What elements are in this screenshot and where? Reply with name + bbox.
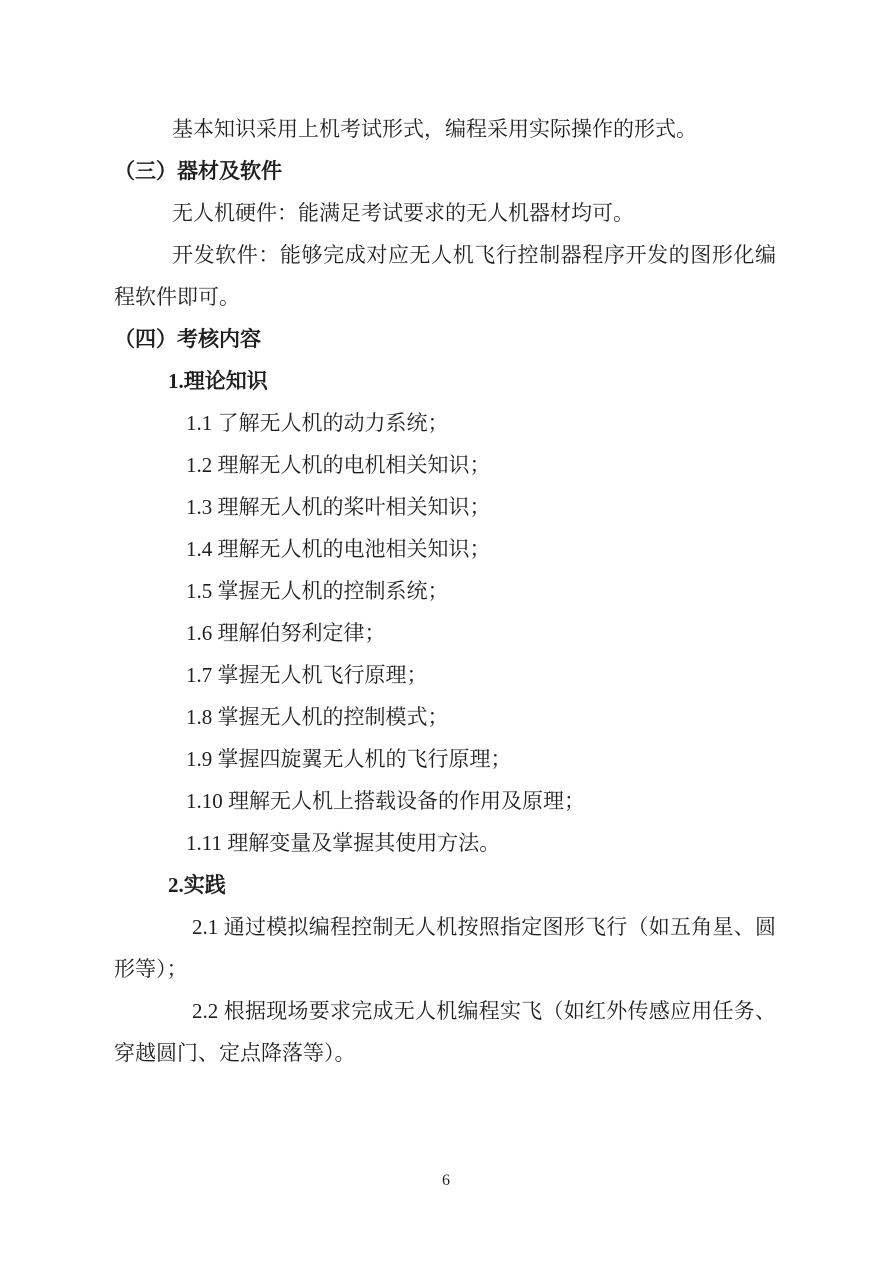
- list-item: 1.6 理解伯努利定律；: [114, 612, 776, 654]
- list-item: 1.10 理解无人机上搭载设备的作用及原理；: [114, 780, 776, 822]
- paragraph: 开发软件：能够完成对应无人机飞行控制器程序开发的图形化编程软件即可。: [114, 234, 776, 318]
- list-item: 1.11 理解变量及掌握其使用方法。: [114, 822, 776, 864]
- list-item: 1.5 掌握无人机的控制系统；: [114, 570, 776, 612]
- list-item: 2.1 通过模拟编程控制无人机按照指定图形飞行（如五角星、圆形等）；: [114, 906, 776, 990]
- list-item: 1.3 理解无人机的桨叶相关知识；: [114, 486, 776, 528]
- subsection-heading: 2.实践: [114, 864, 776, 906]
- list-item: 1.9 掌握四旋翼无人机的飞行原理；: [114, 738, 776, 780]
- section-heading: （四）考核内容: [114, 318, 776, 360]
- list-item: 1.8 掌握无人机的控制模式；: [114, 696, 776, 738]
- document-page: 基本知识采用上机考试形式，编程采用实际操作的形式。（三）器材及软件无人机硬件：能…: [0, 0, 892, 1262]
- list-item: 1.7 掌握无人机飞行原理；: [114, 654, 776, 696]
- document-body: 基本知识采用上机考试形式，编程采用实际操作的形式。（三）器材及软件无人机硬件：能…: [114, 0, 776, 1074]
- paragraph: 基本知识采用上机考试形式，编程采用实际操作的形式。: [114, 108, 776, 150]
- paragraph: 无人机硬件：能满足考试要求的无人机器材均可。: [114, 192, 776, 234]
- section-heading: （三）器材及软件: [114, 150, 776, 192]
- list-item: 2.2 根据现场要求完成无人机编程实飞（如红外传感应用任务、穿越圆门、定点降落等…: [114, 990, 776, 1074]
- page-number: 6: [0, 1172, 892, 1190]
- list-item: 1.1 了解无人机的动力系统；: [114, 402, 776, 444]
- subsection-heading: 1.理论知识: [114, 360, 776, 402]
- list-item: 1.4 理解无人机的电池相关知识；: [114, 528, 776, 570]
- list-item: 1.2 理解无人机的电机相关知识；: [114, 444, 776, 486]
